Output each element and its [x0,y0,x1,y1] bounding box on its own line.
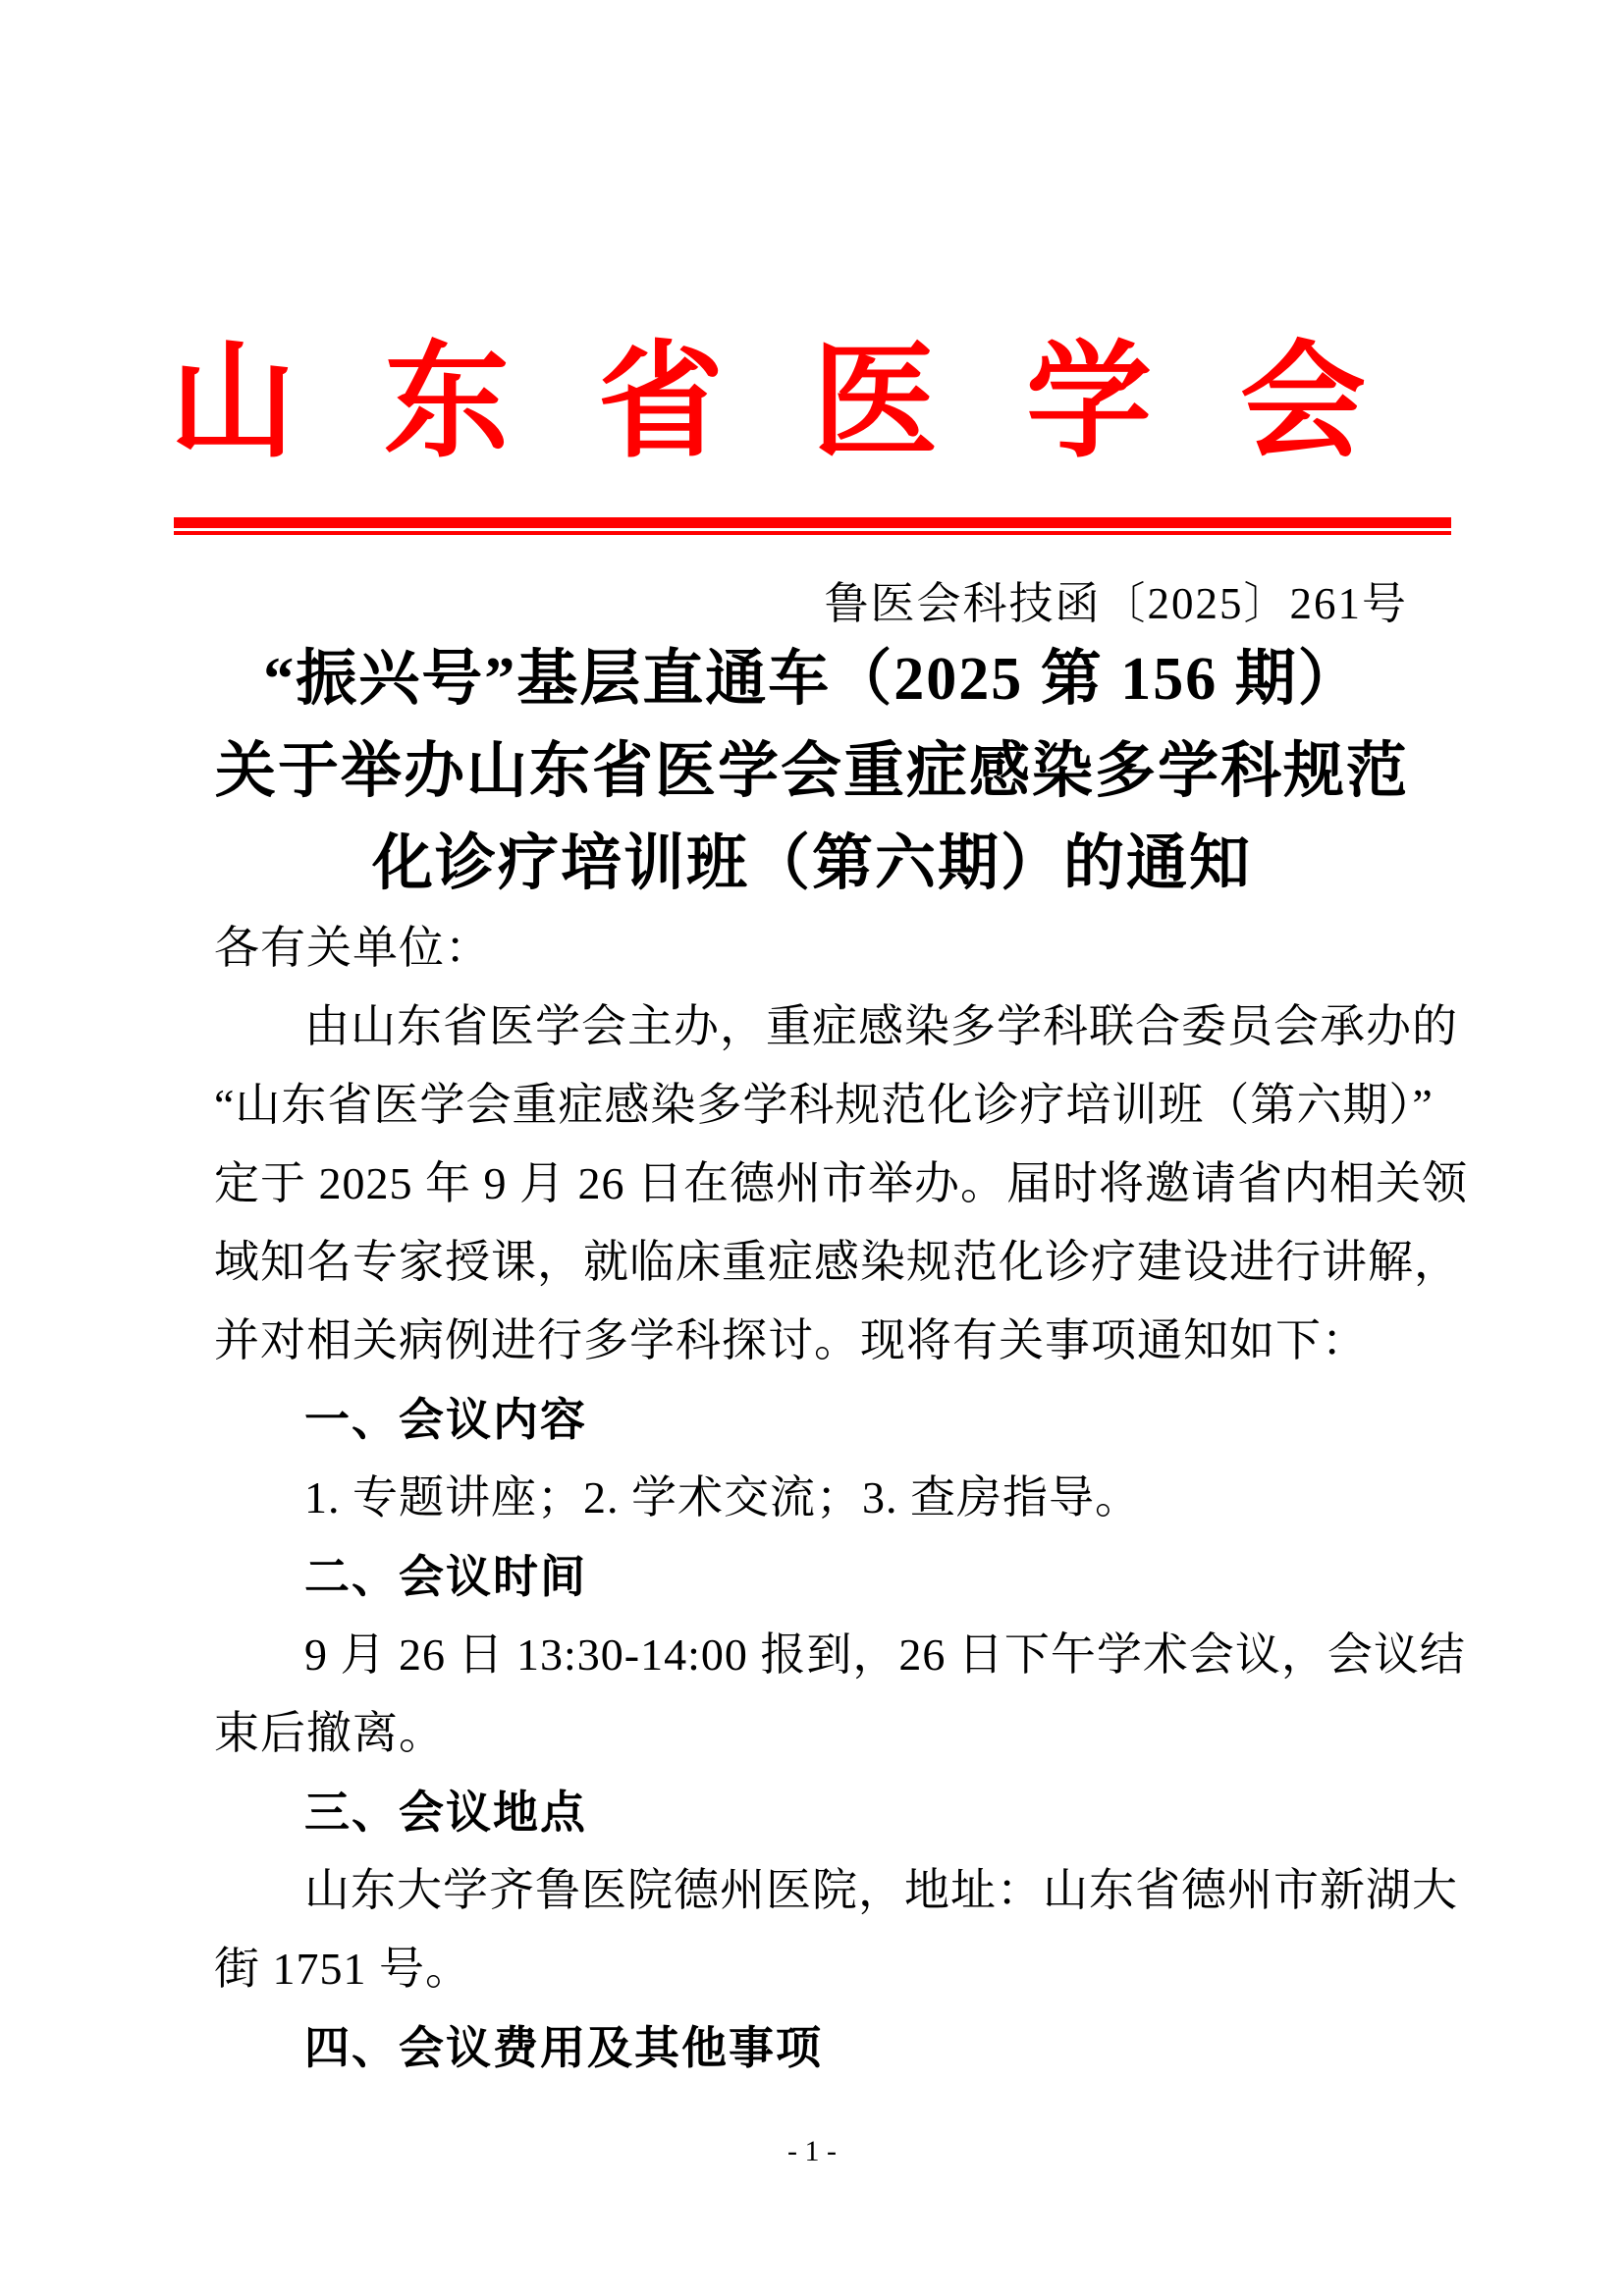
body-line: “山东省医学会重症感染多学科规范化诊疗培训班（第六期）” [214,1066,1432,1145]
document-title: “振兴号”基层直通车（2025 第 156 期） 关于举办山东省医学会重症感染多… [0,633,1624,910]
salutation-line: 各有关单位： [214,909,1432,988]
body-line: 1. 专题讲座；2. 学术交流；3. 查房指导。 [214,1459,1432,1537]
title-line-1: “振兴号”基层直通车（2025 第 156 期） [0,633,1624,725]
body-line: 由山东省医学会主办，重症感染多学科联合委员会承办的 [214,988,1432,1066]
body-line: 并对相关病例进行多学科探讨。现将有关事项通知如下： [214,1302,1432,1380]
document-page: 山东省医学会 鲁医会科技函〔2025〕261号 “振兴号”基层直通车（2025 … [0,0,1624,2296]
body-line: 域知名专家授课，就临床重症感染规范化诊疗建设进行讲解， [214,1223,1432,1302]
section-heading-2: 二、会议时间 [214,1537,1432,1616]
section-heading-1: 一、会议内容 [214,1380,1432,1459]
title-line-3: 化诊疗培训班（第六期）的通知 [0,818,1624,910]
red-divider-thin-line [174,531,1451,535]
body-line: 定于 2025 年 9 月 26 日在德州市举办。届时将邀请省内相关领 [214,1145,1432,1223]
body-line: 9 月 26 日 13:30-14:00 报到，26 日下午学术会议，会议结 [214,1616,1432,1694]
red-divider-thick-line [174,517,1451,528]
doc-reference-number: 鲁医会科技函〔2025〕261号 [824,574,1408,633]
section-heading-3: 三、会议地点 [214,1773,1432,1851]
page-number: - 1 - [0,2132,1624,2171]
section-heading-4: 四、会议费用及其他事项 [214,2008,1432,2087]
red-divider [174,517,1451,535]
body-line: 山东大学齐鲁医院德州医院，地址：山东省德州市新湖大 [214,1851,1432,1930]
title-line-2: 关于举办山东省医学会重症感染多学科规范 [0,725,1624,818]
org-name-header: 山东省医学会 [0,329,1624,476]
body-line: 街 1751 号。 [214,1930,1432,2008]
body-line: 束后撤离。 [214,1694,1432,1773]
document-body: 各有关单位： 由山东省医学会主办，重症感染多学科联合委员会承办的 “山东省医学会… [214,909,1432,2087]
